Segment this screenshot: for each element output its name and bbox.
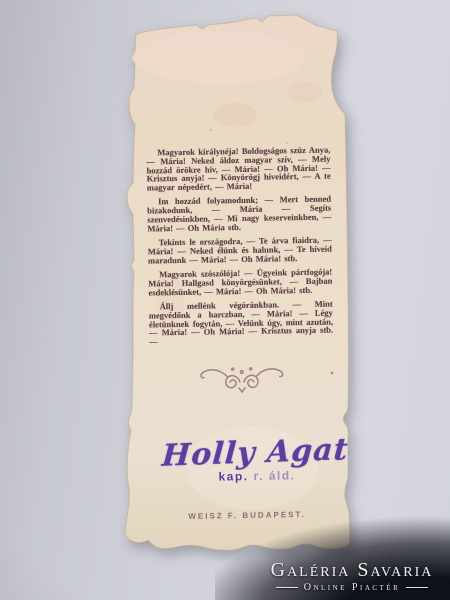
- watermark-subtitle: Online Piactér: [304, 582, 401, 593]
- prayer-paragraph: Tekints le országodra, — Te árva fiaidra…: [148, 236, 332, 265]
- blessing-abbreviation-stamp: kap.r. áld.: [182, 468, 332, 485]
- watermark-subtitle-row: Online Piactér: [262, 582, 442, 593]
- stamp-faded-part: r. áld.: [253, 468, 295, 483]
- stamp-bold-part: kap.: [218, 469, 248, 484]
- prayer-text: Magyarok királynéja! Boldogságos szüz An…: [146, 146, 333, 352]
- printer-ornament-icon: [199, 364, 285, 397]
- prayer-paragraph: Im hozzád folyamodunk; — Mert benned biz…: [147, 195, 332, 233]
- listing-photo: Magyarok királynéja! Boldogságos szüz An…: [0, 0, 450, 600]
- watermark-logo: Galéria Savaria Online Piactér: [262, 559, 442, 593]
- prayer-paragraph: Állj mellénk végóránkban. — Mint megvédő…: [149, 300, 334, 347]
- prayer-paragraph: Magyarok szószólója! — Ügyeink pártfogój…: [148, 268, 332, 297]
- watermark-title: Galéria Savaria: [262, 559, 442, 581]
- watermark-dash: [276, 587, 298, 588]
- watermark-dash: [406, 587, 428, 588]
- prayer-paragraph: Magyarok királynéja! Boldogságos szüz An…: [146, 146, 331, 193]
